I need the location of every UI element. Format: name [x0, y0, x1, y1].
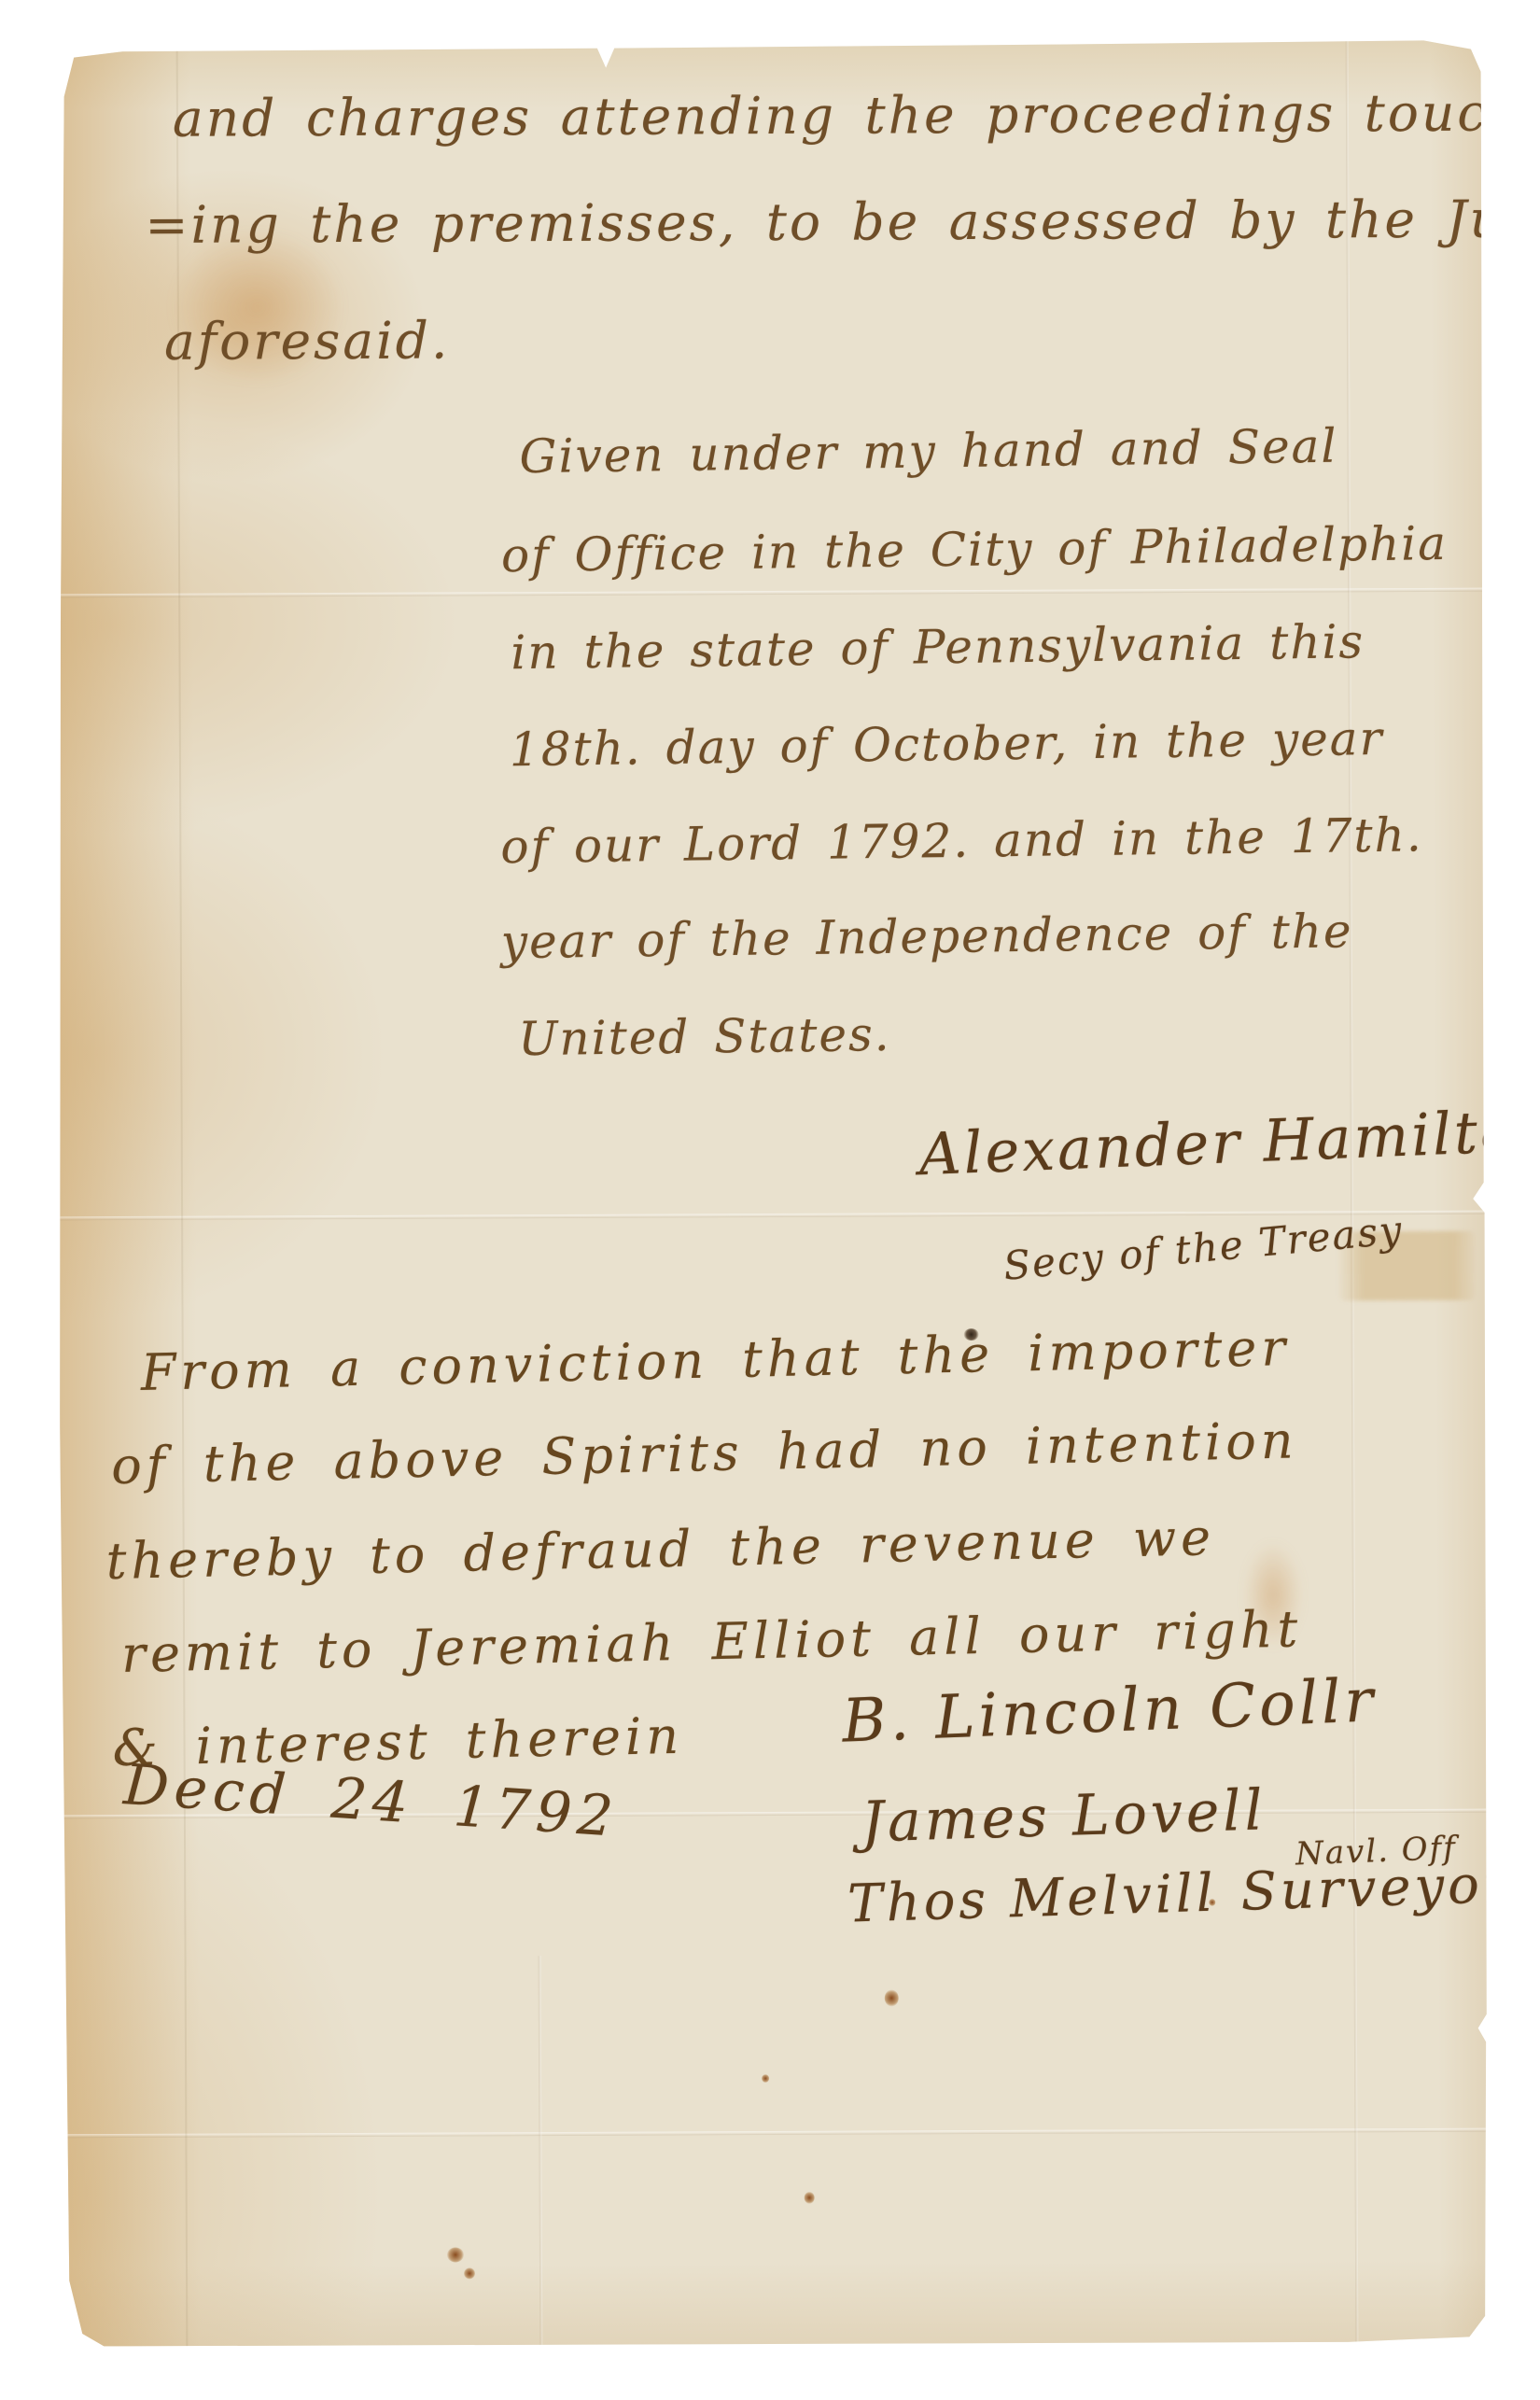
foxing-spot: [885, 1989, 899, 2006]
manuscript-line: Given under my hand and Seal: [519, 420, 1338, 483]
manuscript-line: United States.: [518, 1008, 891, 1065]
foxing-spot: [762, 2074, 769, 2083]
manuscript-line: of our Lord 1792. and in the 17th.: [500, 808, 1423, 873]
manuscript-line: year of the Independence of the: [500, 905, 1352, 968]
hamilton-signature: Alexander Hamilton: [917, 1097, 1540, 1186]
lincoln-signature-title: Collr: [1209, 1666, 1379, 1742]
lincoln-signature-name: B. Lincoln: [841, 1674, 1187, 1756]
manuscript-line: =ing the premisses, to be assessed by th…: [145, 190, 1540, 254]
vertical-fold-crease: [1346, 40, 1359, 2344]
manuscript-line: and charges attending the proceedings to…: [173, 84, 1540, 147]
lovell-signature: James Lovell: [861, 1779, 1267, 1854]
document-paper: and charges attending the proceedings to…: [51, 40, 1491, 2351]
vertical-fold-crease: [539, 1956, 543, 2348]
foxing-spot: [805, 2192, 815, 2204]
edge-stain-boundary: [176, 46, 189, 2350]
photo-background: and charges attending the proceedings to…: [0, 0, 1540, 2400]
lincoln-signature: B. LincolnCollr: [841, 1668, 1378, 1756]
melvill-signature-name: Thos Melvill: [847, 1863, 1217, 1935]
manuscript-line: remit to Jeremiah Elliot all our right: [120, 1601, 1302, 1683]
melvill-signature-title: Surveyor: [1240, 1854, 1513, 1923]
manuscript-line: 18th. day of October, in the year: [510, 712, 1384, 776]
manuscript-line: of the above Spirits had no intention: [111, 1412, 1299, 1495]
foxing-spot: [447, 2247, 464, 2262]
manuscript-line: thereby to defraud the revenue we: [105, 1509, 1216, 1590]
manuscript-line: aforesaid.: [164, 312, 451, 371]
melvill-signature: Thos MelvillSurveyor: [847, 1856, 1512, 1934]
horizontal-fold-crease: [60, 2128, 1490, 2139]
manuscript-line: in the state of Pennsylvania this: [511, 615, 1365, 679]
date-line: Decd 24 1792: [122, 1754, 621, 1849]
manuscript-line: From a conviction that the importer: [140, 1320, 1291, 1401]
horizontal-fold-crease: [53, 588, 1483, 598]
manuscript-line: of Office in the City of Philadelphia: [501, 517, 1449, 582]
foxing-spot: [464, 2267, 475, 2279]
